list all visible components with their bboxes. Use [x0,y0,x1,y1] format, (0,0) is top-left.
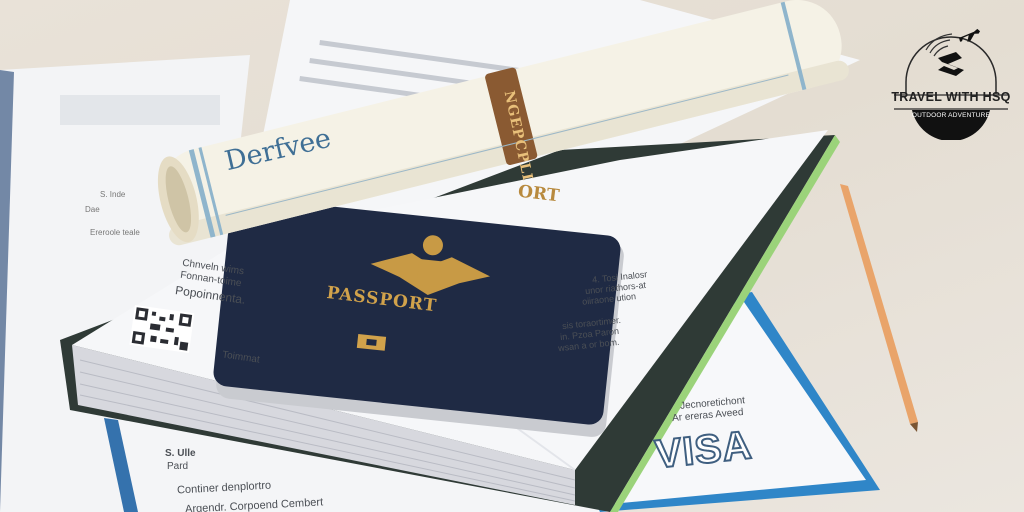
document-illustration [0,0,1024,512]
back-doc-line: Dae [85,205,100,214]
qr-code-icon [129,305,194,353]
logo-brand-text: TRAVEL WITH HSQ [886,90,1016,104]
brand-logo: TRAVEL WITH HSQ OUTDOOR ADVENTURE [886,12,1016,140]
logo-tagline: OUTDOOR ADVENTURE [906,112,996,119]
passport-icon [211,196,626,438]
back-doc-line: S. Inde [100,190,125,199]
form-line: Pard [167,461,188,472]
pencil-icon [840,184,918,432]
form-line: S. Ulle [165,448,196,459]
biometric-chip-icon [357,334,386,351]
back-doc-line: Ereroole teale [90,228,140,237]
hsq-monogram-icon [938,52,964,76]
